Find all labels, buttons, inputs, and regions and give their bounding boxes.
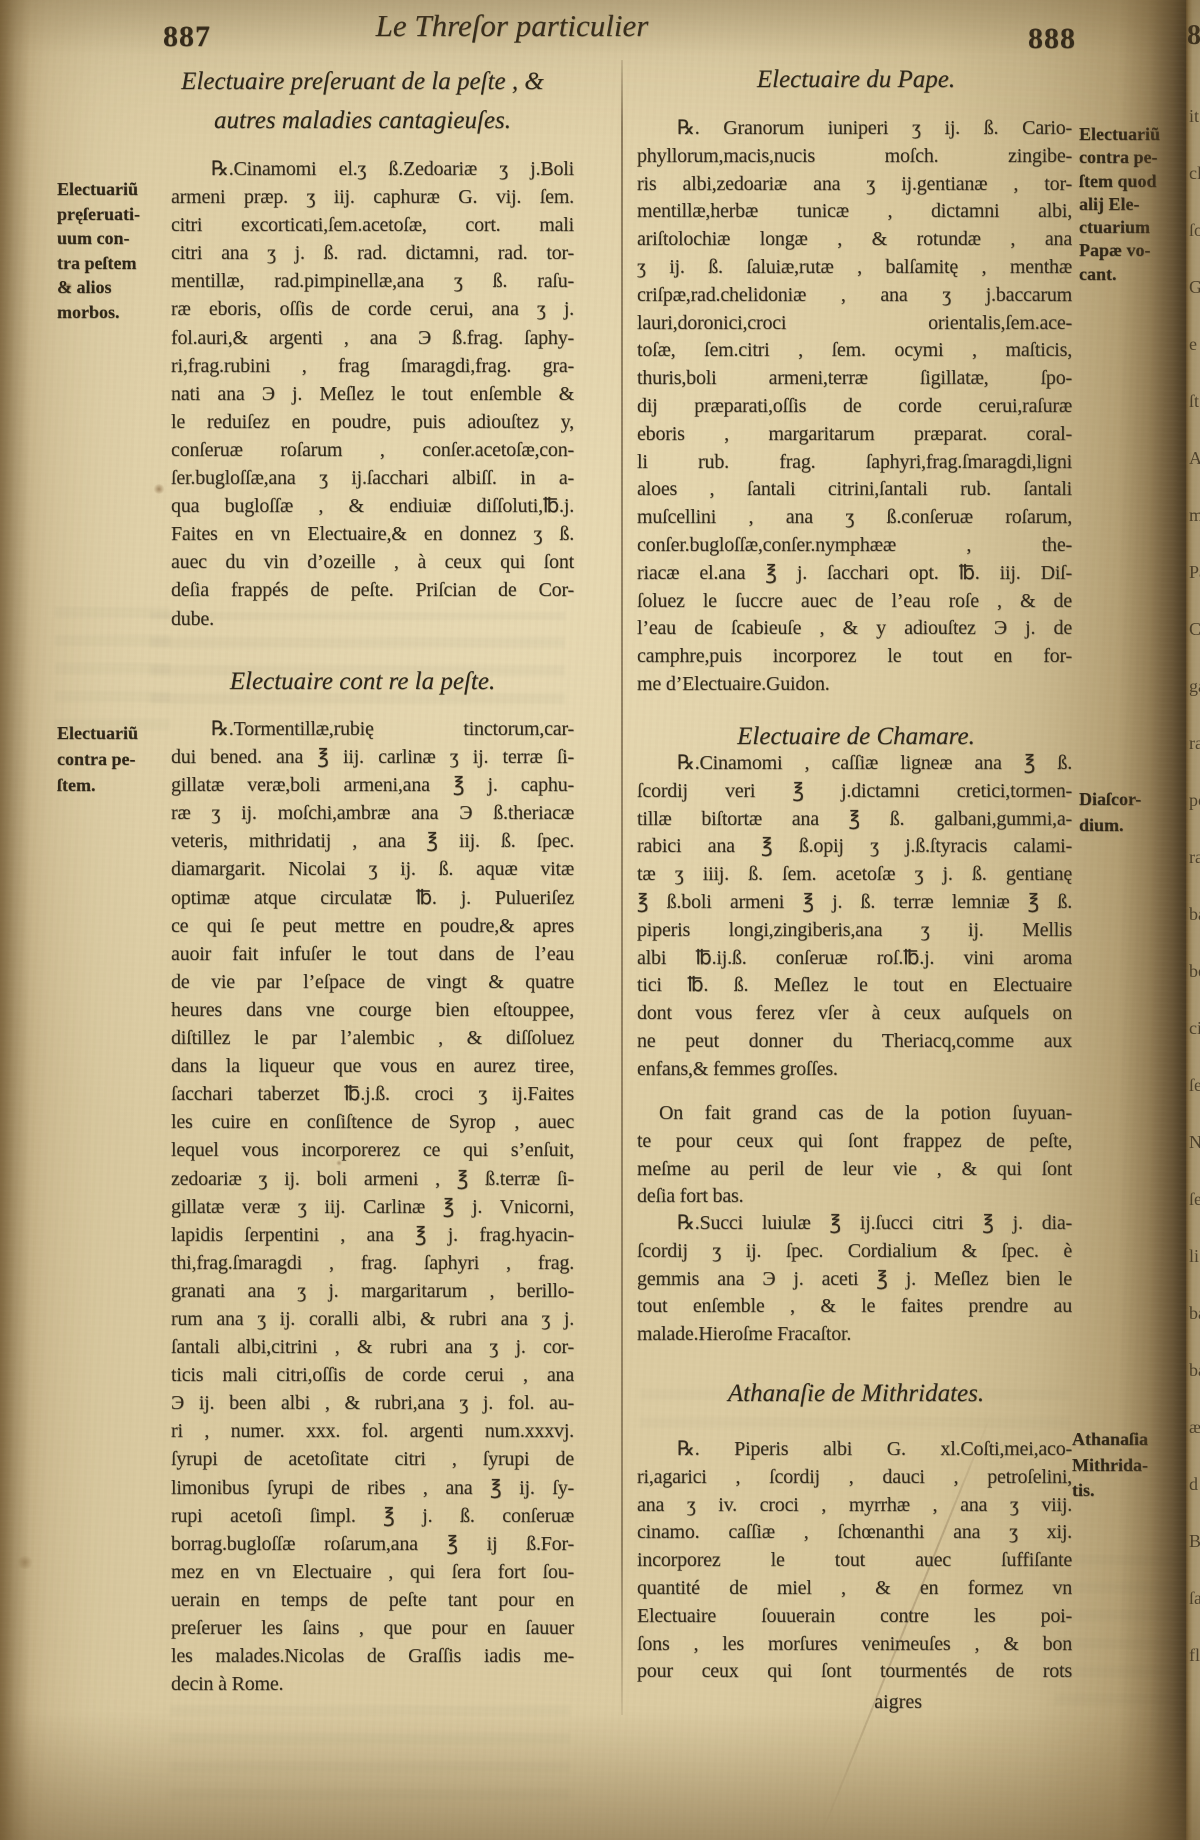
text-line: auec du vin d’ozeille , à ceux qui ſont [171, 548, 574, 576]
text-line: pręſeruati- [57, 202, 169, 227]
text-line: mentillæ, rad.pimpinellæ,ana ʒ ß. raſu- [171, 267, 574, 295]
text-line: meſme au peril de leur vie , & qui ſont [637, 1156, 1072, 1184]
next-page-text-fragment: æ [1189, 1417, 1200, 1437]
text-line: Faites en vn Electuaire,& en donnez ʒ ß. [171, 520, 574, 548]
text-line: Electuariũ [1079, 123, 1197, 146]
margin-note-diascordium: Diaſcor-dium. [1079, 787, 1197, 838]
text-line: deſia frappés de peſte. Priſcian de Cor- [171, 576, 574, 604]
text-line: li rub. frag. ſaphyri,frag.ſmaragdi,lign… [637, 449, 1072, 477]
text-line: ℞. Granorum iuniperi ʒ ij. ß. Cario- [637, 115, 1072, 143]
text-line: ri , numer. xxx. fol. argenti num.xxxvj. [171, 1417, 574, 1445]
next-page-text-fragment: fl [1189, 1645, 1200, 1665]
next-page-text-fragment: ba [1189, 1360, 1200, 1380]
text-line: dans la liqueur que vous en aurez tiree, [171, 1052, 574, 1080]
text-line: ℞. Piperis albi G. xl.Coſti,mei,aco- [637, 1436, 1072, 1464]
text-line: ticis mali citri,oſſis de corde cerui , … [171, 1361, 574, 1389]
ink-bleedthrough-ghost [55, 590, 170, 730]
text-line: ne peut donner du Theriacq,comme aux [637, 1028, 1072, 1056]
text-line: rabici ana ℥ ß.opij ʒ j.ß.ſtyracis calam… [637, 833, 1072, 861]
text-line: ariſtolochiæ longæ , & rotundæ , ana [637, 226, 1072, 254]
text-line: ſcordij ʒ ij. ſpec. Cordialium & ſpec. è [637, 1238, 1072, 1266]
text-line: alij Ele- [1079, 193, 1197, 216]
text-line: ræ eboris, oſſis de corde cerui, ana ʒ j… [171, 295, 574, 323]
text-line: qua bugloſſæ , & endiuiæ diſſoluti,℔.j. [171, 492, 574, 520]
column-divider-rule [621, 60, 623, 1715]
text-line: ſer.bugloſſæ,ana ʒ ij.ſacchari albiſſ. i… [171, 464, 574, 492]
text-line: riacæ el.ana ℥ j. ſacchari opt. ℔. iij. … [637, 560, 1072, 588]
section-heading-electuaire-contre-la-peste: Electuaire cont re la peſte. [145, 662, 580, 701]
text-line: Electuaire cont re la peſte. [145, 662, 580, 701]
book-page-scan: 887 Le Threſor particulier 888 Electuair… [0, 0, 1200, 1840]
next-page-text-fragment: ba [1189, 1303, 1200, 1323]
text-line: dube. [171, 605, 574, 633]
margin-note-athanasia-mithridatis: AthanaſiaMithrida-tis. [1072, 1427, 1198, 1504]
text-line: gemmis ana Э j. aceti ℥ j. Meſlez bien l… [637, 1266, 1072, 1294]
next-page-number-fragment: 88 [1187, 20, 1200, 52]
text-line: pour ceux qui ſont tourmentés de rots [637, 1658, 1072, 1686]
text-line: veteris, mithridatij , ana ℥ iij. ß. ſpe… [171, 827, 574, 855]
text-line: ce qui ſe peut mettre en poudre,& apres [171, 912, 574, 940]
text-line: gillatæ veræ,boli armeni,ana ℥ j. caphu- [171, 771, 574, 799]
text-line: fol.auri,& argenti , ana Э ß.frag. ſaphy… [171, 324, 574, 352]
text-line: On fait grand cas de la potion ſuyuan- [637, 1100, 1072, 1128]
text-line: tæ ʒ iiij. ß. ſem. acetoſæ ʒ j. ß. genti… [637, 861, 1072, 889]
text-line: optimæ atque circulatæ ℔. j. Pulueriſez [171, 884, 574, 912]
text-line: eboris , margaritarum præparat. coral- [637, 421, 1072, 449]
next-page-text-fragment: po [1189, 790, 1200, 810]
text-line: toſæ, ſem.citri , ſem. ocymi , maſticis, [637, 337, 1072, 365]
next-page-text-fragment: cl [1189, 163, 1200, 183]
next-page-text-fragment: ba [1189, 904, 1200, 924]
text-line: tout enſemble , & le faites prendre au [637, 1293, 1072, 1321]
text-line: ræ ʒ ij. moſchi,ambræ ana Э ß.theriacæ [171, 799, 574, 827]
text-line: armeni præp. ʒ iij. caphuræ G. vij. ſem. [171, 183, 574, 211]
text-line: diamargarit. Nicolai ʒ ij. ß. aquæ vitæ [171, 855, 574, 883]
text-line: contra pe- [57, 746, 169, 772]
next-page-text-fragment: ra [1189, 733, 1200, 753]
next-page-text-fragment: ci [1189, 1018, 1200, 1038]
next-page-text-fragment: ſe [1189, 1075, 1200, 1095]
next-page-text-fragment: d [1189, 1474, 1198, 1494]
text-line: conſeruæ roſarum , conſer.acetoſæ,con- [171, 436, 574, 464]
next-page-text-fragment: ſa [1189, 1588, 1200, 1608]
text-line: Athanaſie de Mithridates. [640, 1374, 1072, 1413]
next-page-text-fragment: Pa [1189, 562, 1200, 582]
text-line: ſons , les morſures venimeuſes , & bon [637, 1631, 1072, 1659]
text-line: me d’Electuaire.Guidon. [637, 671, 1072, 699]
next-page-text-fragment: be [1189, 961, 1200, 981]
text-line: camphre,puis incorporez le tout en for- [637, 643, 1072, 671]
text-line: uum con- [57, 226, 169, 251]
text-line: deſia fort bas. [637, 1183, 1072, 1211]
text-line: citri excorticati,ſem.acetoſæ, cort. mal… [171, 211, 574, 239]
text-line: morbos. [57, 300, 169, 325]
text-line: lequel vous incorporerez ce qui s’enſuit… [171, 1136, 574, 1164]
next-page-text-fragment: li [1189, 1246, 1199, 1266]
text-line: ſyrupi de acetoſitate citri , ſyrupi de [171, 1445, 574, 1473]
text-line: ʒ ij. ß. ſaluiæ,rutæ , balſamitę , menth… [637, 254, 1072, 282]
text-line: te pour ceux qui ſont frappez de peſte, [637, 1128, 1072, 1156]
text-line: criſpæ,rad.chelidoniæ , ana ʒ j.baccarum [637, 282, 1072, 310]
text-line: preſeruer les ſains , que pour en ſauuer [171, 1614, 574, 1642]
recipe-paragraph-preservant: ℞.Cinamomi el.ʒ ß.Zedoariæ ʒ j.Boliarmen… [171, 155, 574, 633]
section-heading-athanasie-de-mithridates: Athanaſie de Mithridates. [640, 1374, 1072, 1413]
text-line: de vie par l’eſpace de vingt & quatre [171, 968, 574, 996]
next-page-text-fragment: A [1189, 448, 1200, 468]
next-page-text-fragment: N [1189, 1132, 1200, 1152]
ink-bleedthrough-ghost [170, 1705, 570, 1800]
text-line: heures dans vne courge bien eſtouppee, [171, 996, 574, 1024]
next-page-text-fragment: ga [1189, 676, 1200, 696]
text-line: Electuaire preſeruant de la peſte , & [145, 62, 580, 101]
text-line: enfans,& femmes groſſes. [637, 1056, 1072, 1084]
text-line: borrag.bugloſſæ roſarum,ana ℥ ij ß.For- [171, 1530, 574, 1558]
text-line: Electuariũ [57, 177, 169, 202]
paper-speck [153, 484, 165, 494]
text-line: ℥ ß.boli armeni ℥ j. ß. terræ lemniæ ℥ ß… [637, 889, 1072, 917]
text-line: Electuaire ſouuerain contre les poi- [637, 1603, 1072, 1631]
text-line: cinamo. caſſiæ , ſchœnanthi ana ʒ xij. [637, 1519, 1072, 1547]
margin-note-electuaria-preservativum: Electuariũpręſeruati-uum con-tra peſtem&… [57, 177, 169, 324]
recipe-paragraph-contre-la-peste: ℞.Tormentillæ,rubię tinctorum,car-dui be… [171, 715, 574, 1698]
next-page-text-fragment: B [1189, 1531, 1200, 1551]
text-line: & alios [57, 275, 169, 300]
text-line: quantité de miel , & en formez vn [637, 1575, 1072, 1603]
next-page-text-fragment: it [1189, 106, 1199, 126]
text-line: ſantali albi,citrini , & rubri ana ʒ j. … [171, 1333, 574, 1361]
text-line: granati ana ʒ j. margaritarum , berillo- [171, 1277, 574, 1305]
text-line: piperis longi,zingiberis,ana ʒ ij. Melli… [637, 917, 1072, 945]
text-line: muſcellini , ana ʒ ß.conſeruæ roſarum, [637, 504, 1072, 532]
text-line: les malades.Nicolas de Graſſis iadis me- [171, 1642, 574, 1670]
text-line: ri,agarici , ſcordij , dauci , petroſeli… [637, 1464, 1072, 1492]
margin-note-electuarium-contra-pestem: Electuariũcontra pe-ſtem. [57, 720, 169, 798]
text-line: auoir fait infuſer le tout dans de l’eau [171, 940, 574, 968]
text-line: conſer.bugloſſæ,conſer.nymphææ , the- [637, 532, 1072, 560]
recipe-paragraph-succi-luiulae: ℞.Succi luiulæ ℥ ij.ſucci citri ℥ j. dia… [637, 1210, 1072, 1349]
next-page-text-fragment: ra [1189, 847, 1200, 867]
text-line: tici ℔. ß. Meſlez le tout en Electuaire [637, 972, 1072, 1000]
text-line: tillæ biſtortæ ana ℥ ß. galbani,gummi,a- [637, 806, 1072, 834]
text-line: ſtem quod [1079, 170, 1197, 193]
text-line: Papæ vo- [1079, 239, 1197, 262]
text-line: Electuariũ [57, 720, 169, 746]
text-line: rupi acetoſi ſimpl. ℥ j. ß. conſeruæ [171, 1502, 574, 1530]
text-line: limonibus ſyrupi de ribes , ana ℥ ij. ſy… [171, 1474, 574, 1502]
text-line: nati ana Э j. Meſlez le tout enſemble & [171, 380, 574, 408]
text-line: ſoluez le ſuccre auec de l’eau roſe , & … [637, 588, 1072, 616]
text-line: albi ℔.ij.ß. conſeruæ roſ.℔.j. vini arom… [637, 945, 1072, 973]
next-page-text-fragment: ſo [1189, 220, 1200, 240]
text-line: phyllorum,macis,nucis moſch. zingibe- [637, 143, 1072, 171]
page-number-right: 888 [1028, 22, 1076, 56]
recipe-paragraph-du-pape: ℞. Granorum iuniperi ʒ ij. ß. Cario-phyl… [637, 115, 1072, 699]
text-line: mez en vn Electuaire , qui ſera fort ſou… [171, 1558, 574, 1586]
text-line: ℞.Cinamomi el.ʒ ß.Zedoariæ ʒ j.Boli [171, 155, 574, 183]
text-line: citri ana ʒ j. ß. rad. dictamni, rad. to… [171, 239, 574, 267]
text-line: ctuarium [1079, 216, 1197, 239]
running-title: Le Threſor particulier [252, 8, 772, 44]
text-line: Electuaire du Pape. [640, 60, 1072, 99]
text-line: Э ij. been albi , & rubri,ana ʒ j. fol. … [171, 1389, 574, 1417]
text-line: ℞.Succi luiulæ ℥ ij.ſucci citri ℥ j. dia… [637, 1210, 1072, 1238]
text-line: tra peſtem [57, 251, 169, 276]
next-page-text-fragment: C [1189, 619, 1200, 639]
text-line: aloes , ſantali citrini,ſantali rub. ſan… [637, 476, 1072, 504]
text-line: Athanaſia [1072, 1427, 1198, 1453]
next-page-edge: 88 itclſoGeſtAmPaCgaraporababeciſeNſelib… [1186, 0, 1200, 1840]
text-line: ſacchari taberzet ℔.j.ß. croci ʒ ij.Fait… [171, 1080, 574, 1108]
text-line: cant. [1079, 263, 1197, 286]
text-line: ℞.Tormentillæ,rubię tinctorum,car- [171, 715, 574, 743]
ink-bleedthrough-ghost [1055, 1555, 1175, 1705]
text-line: ri,frag.rubini , frag ſmaragdi,frag. gra… [171, 352, 574, 380]
catchword: aigres [637, 1691, 922, 1714]
margin-note-electuarium-papae: Electuariũcontra pe-ſtem quodalij Ele-ct… [1079, 123, 1197, 286]
text-line: Diaſcor- [1079, 787, 1197, 813]
text-line: incorporez le tout auec ſuffiſante [637, 1547, 1072, 1575]
text-line: malade.Hieroſme Fracaſtor. [637, 1321, 1072, 1349]
text-line: les cuire en conſiſtence de Syrop , auec [171, 1108, 574, 1136]
text-line: dium. [1079, 813, 1197, 839]
text-line: zedoariæ ʒ ij. boli armeni , ℥ ß.terræ ſ… [171, 1165, 574, 1193]
text-line: uerain en temps de peſte tant pour en [171, 1586, 574, 1614]
text-line: dij præparati,oſſis de corde cerui,raſur… [637, 393, 1072, 421]
next-page-text-fragment: m [1189, 505, 1200, 525]
text-line: thuris,boli armeni,terræ ſigillatæ, ſpo- [637, 365, 1072, 393]
text-line: mentillæ,herbæ tunicæ , dictamni albi, [637, 198, 1072, 226]
text-line: dui bened. ana ℥ iij. carlinæ ʒ ij. terr… [171, 743, 574, 771]
page-number-left: 887 [163, 20, 211, 54]
text-line: Mithrida- [1072, 1453, 1198, 1479]
text-line: ris albi,zedoariæ ana ʒ ij.gentianæ , to… [637, 171, 1072, 199]
next-page-text-fragment: e [1189, 334, 1197, 354]
text-line: decin à Rome. [171, 1670, 574, 1698]
paragraph-potion-note: On fait grand cas de la potion ſuyuan-te… [637, 1100, 1072, 1211]
section-heading-electuaire-du-pape: Electuaire du Pape. [640, 60, 1072, 99]
paper-speck [16, 1556, 34, 1569]
text-line: lauri,doronici,croci orientalis,ſem.ace- [637, 310, 1072, 338]
next-page-text-fragment: G [1189, 277, 1200, 297]
text-line: diſtillez le par l’alembic , & diſſoluez [171, 1024, 574, 1052]
text-line: contra pe- [1079, 146, 1197, 169]
text-line: gillatæ veræ ʒ iij. Carlinæ ℥ j. Vnicorn… [171, 1193, 574, 1221]
text-line: le reduiſez en poudre, puis adiouſtez y, [171, 408, 574, 436]
text-line: dont vous ferez vſer à ceux auſquels on [637, 1000, 1072, 1028]
text-line: ana ʒ iv. croci , myrrhæ , ana ʒ viij. [637, 1492, 1072, 1520]
text-line: lapidis ſerpentini , ana ℥ j. frag.hyaci… [171, 1221, 574, 1249]
text-line: tis. [1072, 1478, 1198, 1504]
recipe-paragraph-chamare: ℞.Cinamomi , caſſiæ ligneæ ana ℥ ß.ſcord… [637, 750, 1072, 1084]
text-line: l’eau de ſcabieuſe , & y adiouſtez Э j. … [637, 615, 1072, 643]
text-line: autres maladies cantagieuſes. [145, 101, 580, 140]
text-line: ſtem. [57, 772, 169, 798]
recipe-paragraph-athanasie: ℞. Piperis albi G. xl.Coſti,mei,aco-ri,a… [637, 1436, 1072, 1686]
text-line: ℞.Cinamomi , caſſiæ ligneæ ana ℥ ß. [637, 750, 1072, 778]
next-page-text-fragment: ſt [1189, 391, 1199, 411]
text-line: thi,frag.ſmaragdi , frag. ſaphyri , frag… [171, 1249, 574, 1277]
text-line: ſcordij veri ℥ j.dictamni cretici,tormen… [637, 778, 1072, 806]
section-heading-electuaire-preservant: Electuaire preſeruant de la peſte , &aut… [145, 62, 580, 140]
text-line: rum ana ʒ ij. coralli albi, & rubri ana … [171, 1305, 574, 1333]
next-page-text-fragment: ſe [1189, 1189, 1200, 1209]
